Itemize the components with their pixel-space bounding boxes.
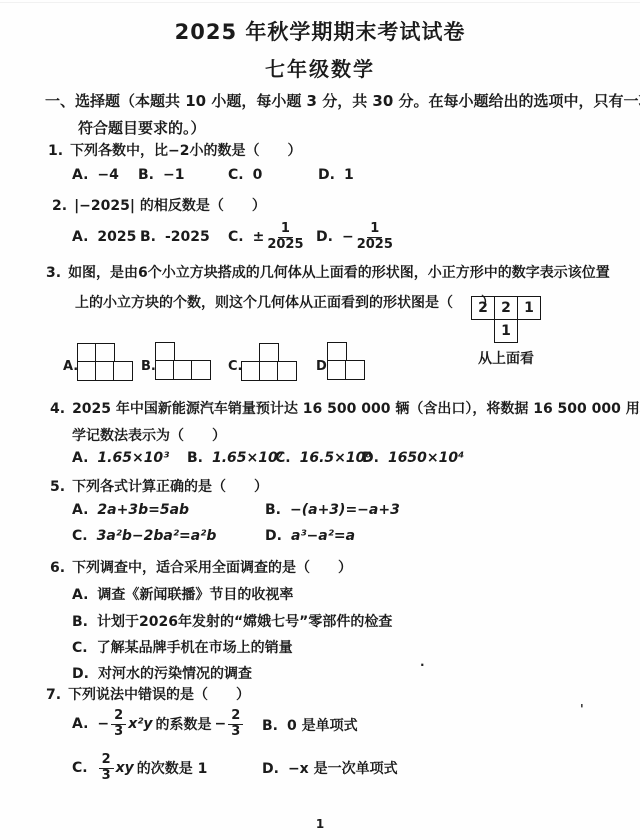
option-value: 0 是单项式 [287,718,358,734]
option-value: -2025 [165,229,210,245]
fraction-numerator: 2 [111,709,126,725]
option-value: 1.65×10³ [97,450,169,466]
q4-option-c: C.16.5×10⁶ [275,450,371,466]
q5-option-b: B.−(a+3)=−a+3 [265,502,400,518]
square-cell [259,343,279,363]
q1-option-d: D.1 [318,167,354,183]
option-value: −(a+3)=−a+3 [290,502,400,518]
question-4-stem-line1: 4.2025 年中国新能源汽车销量预计达 16 500 000 辆（含出口），将… [50,398,640,418]
option-label: B. [72,614,88,630]
option-value: 16.5×10⁶ [300,450,372,466]
minus-sign: − [342,229,354,245]
option-label: B. [138,167,154,183]
shape-option-b [155,342,215,382]
q2-option-a: A.2025 [72,221,136,253]
q1-option-a: A.−4 [72,167,119,183]
question-2-text: |−2025| 的相反数是（ ） [74,198,266,214]
q4-option-a: A.1.65×10³ [72,450,169,466]
option-value: 1 [344,167,354,183]
option-label: D. [72,666,89,682]
fraction-denominator: 2025 [356,238,394,253]
option-label: C. [228,167,244,183]
top-view-cell: 1 [494,319,518,343]
q1-option-c: C.0 [228,167,262,183]
option-value: 0 [253,167,263,183]
page-number: 1 [0,817,640,831]
exam-page-scan: 2025 年秋学期期末考试试卷 七年级数学 一、选择题（本题共 10 小题，每小… [0,0,640,840]
question-1-stem: 1.下列各数中，比−2小的数是（ ） [48,140,302,160]
option-value: 了解某品牌手机在市场上的销量 [97,640,293,656]
fraction-numerator: 2 [228,709,243,725]
fraction: 23 [228,709,243,740]
q7-option-b: B.0 是单项式 [262,715,358,735]
q6-option-b: B.计划于2026年发射的“嫦娥七号”零部件的检查 [72,611,392,631]
fraction-numerator: 1 [367,222,382,238]
option-label: D. [265,528,282,544]
option-label: D. [362,450,379,466]
square-cell [113,361,133,381]
q7-option-d: D.−x 是一次单项式 [262,758,398,778]
question-4-number: 4. [50,401,65,417]
question-3-stem-line1: 3.如图，是由6个小立方块搭成的几何体从上面看的形状图，小正方形中的数字表示该位… [46,262,610,282]
option-value: 调查《新闻联播》节目的收视率 [97,587,293,603]
option-label: C. [72,528,88,544]
question-4-text1: 2025 年中国新能源汽车销量预计达 16 500 000 辆（含出口），将数据… [72,401,640,417]
variable-term: xy [116,760,134,776]
question-6-stem: 6.下列调查中，适合采用全面调查的是（ ） [50,557,352,577]
question-3-text1: 如图，是由6个小立方块搭成的几何体从上面看的形状图，小正方形中的数字表示该位置 [68,265,610,281]
minus-sign: − [215,716,227,732]
q7-option-a: A.−23x²y的系数是−23 [72,706,245,742]
square-cell [77,343,97,363]
option-label: C. [72,760,88,776]
square-cell [327,342,347,362]
fraction-denominator: 3 [113,725,124,740]
option-value: −1 [163,167,184,183]
question-2-stem: 2.|−2025| 的相反数是（ ） [52,195,266,215]
square-cell [191,360,211,380]
option-text: 的系数是 [156,714,212,734]
q6-option-a: A.调查《新闻联播》节目的收视率 [72,584,293,604]
question-3-number: 3. [46,265,61,281]
square-cell [241,361,261,381]
option-label: D. [262,761,279,777]
option-label: C. [72,640,88,656]
q1-option-b: B.−1 [138,167,184,183]
fraction: 12025 [266,222,304,253]
option-label: D. [316,229,333,245]
question-5-text: 下列各式计算正确的是（ ） [72,479,268,495]
q7-option-c: C.23xy的次数是 1 [72,750,207,786]
option-label: B. [140,229,156,245]
option-label: C. [228,229,244,245]
fraction-denominator: 3 [101,769,112,784]
square-cell [155,360,175,380]
question-7-number: 7. [46,687,61,703]
fraction-denominator: 3 [230,725,241,740]
fraction: 23 [99,753,114,784]
square-cell [173,360,193,380]
square-cell [345,360,365,380]
option-value: −4 [97,167,118,183]
shape-option-b-label: B. [141,359,156,374]
option-label: B. [262,718,278,734]
option-value: 计划于2026年发射的“嫦娥七号”零部件的检查 [97,614,392,630]
section-heading-line1: 一、选择题（本题共 10 小题，每小题 3 分，共 30 分。在每小题给出的选项… [45,90,640,111]
question-6-number: 6. [50,560,65,576]
q5-option-c: C.3a²b−2ba²=a²b [72,528,216,544]
question-4-stem-line2: 学记数法表示为（ ） [72,425,226,445]
q5-option-d: D.a³−a²=a [265,528,355,544]
q4-option-b: B.1.65×10⁷ [187,450,284,466]
fraction: 23 [111,709,126,740]
square-cell [277,361,297,381]
q4-option-d: D.1650×10⁴ [362,450,464,466]
minus-sign: − [97,716,109,732]
option-label: A. [72,229,88,245]
square-cell [327,360,347,380]
q6-option-d: D.对河水的污染情况的调查 [72,663,252,683]
scan-artifact-tick: ' [580,702,584,716]
top-view-cell: 2 [471,296,495,320]
square-cell [155,342,175,362]
shape-option-d [327,342,387,382]
page-title: 2025 年秋学期期末考试试卷 [0,16,640,46]
top-view-cell: 1 [517,296,541,320]
square-cell [95,343,115,363]
option-value: 1650×10⁴ [388,450,464,466]
question-5-stem: 5.下列各式计算正确的是（ ） [50,476,268,496]
question-3-stem-line2: 上的小立方块的个数，则这个几何体从正面看到的形状图是（ ） [75,292,495,312]
fraction-numerator: 2 [99,753,114,769]
square-cell [95,361,115,381]
q2-option-c: C.±12025 [228,221,307,253]
square-cell [77,361,97,381]
question-7-text: 下列说法中错误的是（ ） [68,687,250,703]
scan-artifact-dot: . [420,655,425,669]
question-1-number: 1. [48,143,63,159]
shape-option-a-label: A. [63,359,78,374]
option-label: D. [318,167,335,183]
top-view-cell: 2 [494,296,518,320]
option-label: A. [72,502,88,518]
option-value: 2025 [97,229,136,245]
question-6-text: 下列调查中，适合采用全面调查的是（ ） [72,560,352,576]
variable-term: x²y [128,716,152,732]
shape-option-a [77,343,137,383]
question-2-number: 2. [52,198,67,214]
option-value: 3a²b−2ba²=a²b [97,528,217,544]
figure-caption: 从上面看 [471,348,541,368]
fraction: 12025 [356,222,394,253]
option-value: 2a+3b=5ab [97,502,189,518]
fraction-denominator: 2025 [266,238,304,253]
q5-option-a: A.2a+3b=5ab [72,502,189,518]
option-label: B. [187,450,203,466]
option-value: 1.65×10⁷ [212,450,284,466]
option-label: A. [72,167,88,183]
question-1-text: 下列各数中，比−2小的数是（ ） [70,143,301,159]
scan-artifact-line [0,2,640,3]
option-text: 的次数是 1 [137,758,208,778]
question-7-stem: 7.下列说法中错误的是（ ） [46,684,250,704]
square-cell [259,361,279,381]
option-label: B. [265,502,281,518]
option-value: −x 是一次单项式 [288,761,398,777]
fraction-numerator: 1 [278,222,293,238]
option-label: A. [72,587,88,603]
question-5-number: 5. [50,479,65,495]
option-label: C. [275,450,291,466]
page-subtitle: 七年级数学 [0,53,640,82]
q2-option-b: B.-2025 [140,221,210,253]
q6-option-c: C.了解某品牌手机在市场上的销量 [72,637,293,657]
plus-minus-sign: ± [253,229,265,245]
option-label: A. [72,716,88,732]
section-heading-line2: 符合题目要求的。） [78,117,206,138]
option-label: A. [72,450,88,466]
option-value: 对河水的污染情况的调查 [98,666,252,682]
q2-option-d: D.−12025 [316,221,396,253]
shape-option-c [241,343,301,383]
option-value: a³−a²=a [291,528,355,544]
